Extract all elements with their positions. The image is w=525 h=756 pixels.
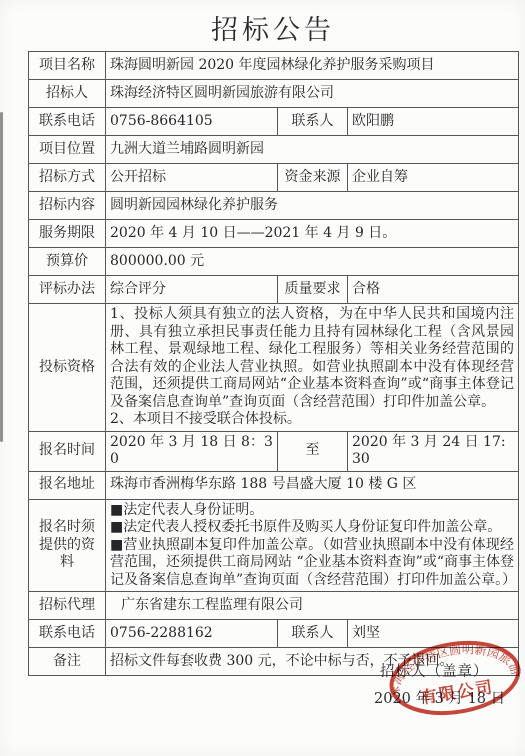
row-value-2: 合格 xyxy=(348,276,519,304)
row-value-2: 企业自筹 xyxy=(348,164,519,192)
row-value: 九洲大道兰埔路圆明新园 xyxy=(106,136,519,164)
table-row: 招标方式公开招标资金来源企业自筹 xyxy=(29,164,519,192)
row-value-2: 刘坚 xyxy=(348,620,519,648)
row-value-2: 欧阳鹏 xyxy=(348,108,519,136)
row-label-2: 至 xyxy=(278,431,348,471)
row-label: 联系电话 xyxy=(29,620,106,648)
row-value: 2020 年 3 月 18 日 8：30 xyxy=(106,431,278,471)
table-row: 招标人珠海经济特区圆明新园旅游有限公司 xyxy=(29,80,519,108)
table-row: 招标代理广东省建东工程监理有限公司 xyxy=(29,592,519,620)
table-row: 投标资格1、投标人须具有独立的法人资格，为在中华人民共和国境内注册、具有独立承担… xyxy=(29,304,519,432)
row-label: 项目名称 xyxy=(29,52,106,80)
table-row: 评标办法综合评分质量要求合格 xyxy=(29,276,519,304)
table-row: 项目名称珠海圆明新园 2020 年度园林绿化养护服务采购项目 xyxy=(29,52,519,80)
tender-info-table: 项目名称珠海圆明新园 2020 年度园林绿化养护服务采购项目 招标人珠海经济特区… xyxy=(28,51,519,676)
row-value: 0756-8664105 xyxy=(106,108,278,136)
row-label: 报名地址 xyxy=(29,471,106,499)
table-row: 报名时须提供的资料■法定代表人身份证明。 ■法定代表人授权委托书原件及购买人身份… xyxy=(29,499,519,592)
row-value: 公开招标 xyxy=(106,164,278,192)
row-label: 预算价 xyxy=(29,248,106,276)
row-label: 招标内容 xyxy=(29,192,106,220)
row-value: 珠海圆明新园 2020 年度园林绿化养护服务采购项目 xyxy=(106,52,519,80)
row-label-2: 质量要求 xyxy=(278,276,348,304)
row-label-2: 资金来源 xyxy=(278,164,348,192)
row-value: 800000.00 元 xyxy=(106,248,519,276)
row-value: 珠海市香洲梅华东路 188 号昌盛大厦 10 楼 G 区 xyxy=(106,471,519,499)
scan-edge-artifact xyxy=(0,112,3,442)
row-label-2: 联系人 xyxy=(278,108,348,136)
row-label: 招标人 xyxy=(29,80,106,108)
row-label: 报名时须提供的资料 xyxy=(29,499,106,592)
table-row: 报名地址珠海市香洲梅华东路 188 号昌盛大厦 10 楼 G 区 xyxy=(29,471,519,499)
table-row: 服务期限2020 年 4 月 10 日——2021 年 4 月 9 日。 xyxy=(29,220,519,248)
row-value: 0756-2288162 xyxy=(106,620,278,648)
table-row: 项目位置九洲大道兰埔路圆明新园 xyxy=(29,136,519,164)
tenderer-signature-label: 招标人（盖章） xyxy=(380,660,489,681)
signature-date: 2020 年 3 月 18 日 xyxy=(374,687,505,708)
row-label: 评标办法 xyxy=(29,276,106,304)
row-label-2: 联系人 xyxy=(278,620,348,648)
table-row: 招标内容圆明新园园林绿化养护服务 xyxy=(29,192,519,220)
table-row: 预算价800000.00 元 xyxy=(29,248,519,276)
row-label: 投标资格 xyxy=(29,304,106,432)
row-label: 招标代理 xyxy=(29,592,106,620)
row-value: 广东省建东工程监理有限公司 xyxy=(106,592,519,620)
row-value: 1、投标人须具有独立的法人资格，为在中华人民共和国境内注册、具有独立承担民事责任… xyxy=(106,304,519,432)
row-value: 综合评分 xyxy=(106,276,278,304)
table-row: 报名时间2020 年 3 月 18 日 8：30至2020 年 3 月 24 日… xyxy=(29,431,519,471)
row-value: 珠海经济特区圆明新园旅游有限公司 xyxy=(106,80,519,108)
row-label: 项目位置 xyxy=(29,136,106,164)
row-value-2: 2020 年 3 月 24 日 17:30 xyxy=(348,431,519,471)
row-value: 2020 年 4 月 10 日——2021 年 4 月 9 日。 xyxy=(106,220,519,248)
row-value: 圆明新园园林绿化养护服务 xyxy=(106,192,519,220)
row-label: 报名时间 xyxy=(29,431,106,471)
page-title: 招标公告 xyxy=(28,8,518,47)
scanned-tender-document: 招标公告 项目名称珠海圆明新园 2020 年度园林绿化养护服务采购项目 招标人珠… xyxy=(0,0,525,756)
table-row: 联系电话0756-2288162联系人刘坚 xyxy=(29,620,519,648)
table-row: 联系电话0756-8664105联系人欧阳鹏 xyxy=(29,108,519,136)
row-label: 联系电话 xyxy=(29,108,106,136)
row-value: ■法定代表人身份证明。 ■法定代表人授权委托书原件及购买人身份证复印件加盖公章。… xyxy=(106,499,519,592)
row-label: 备注 xyxy=(29,648,106,676)
row-label: 服务期限 xyxy=(29,220,106,248)
row-label: 招标方式 xyxy=(29,164,106,192)
